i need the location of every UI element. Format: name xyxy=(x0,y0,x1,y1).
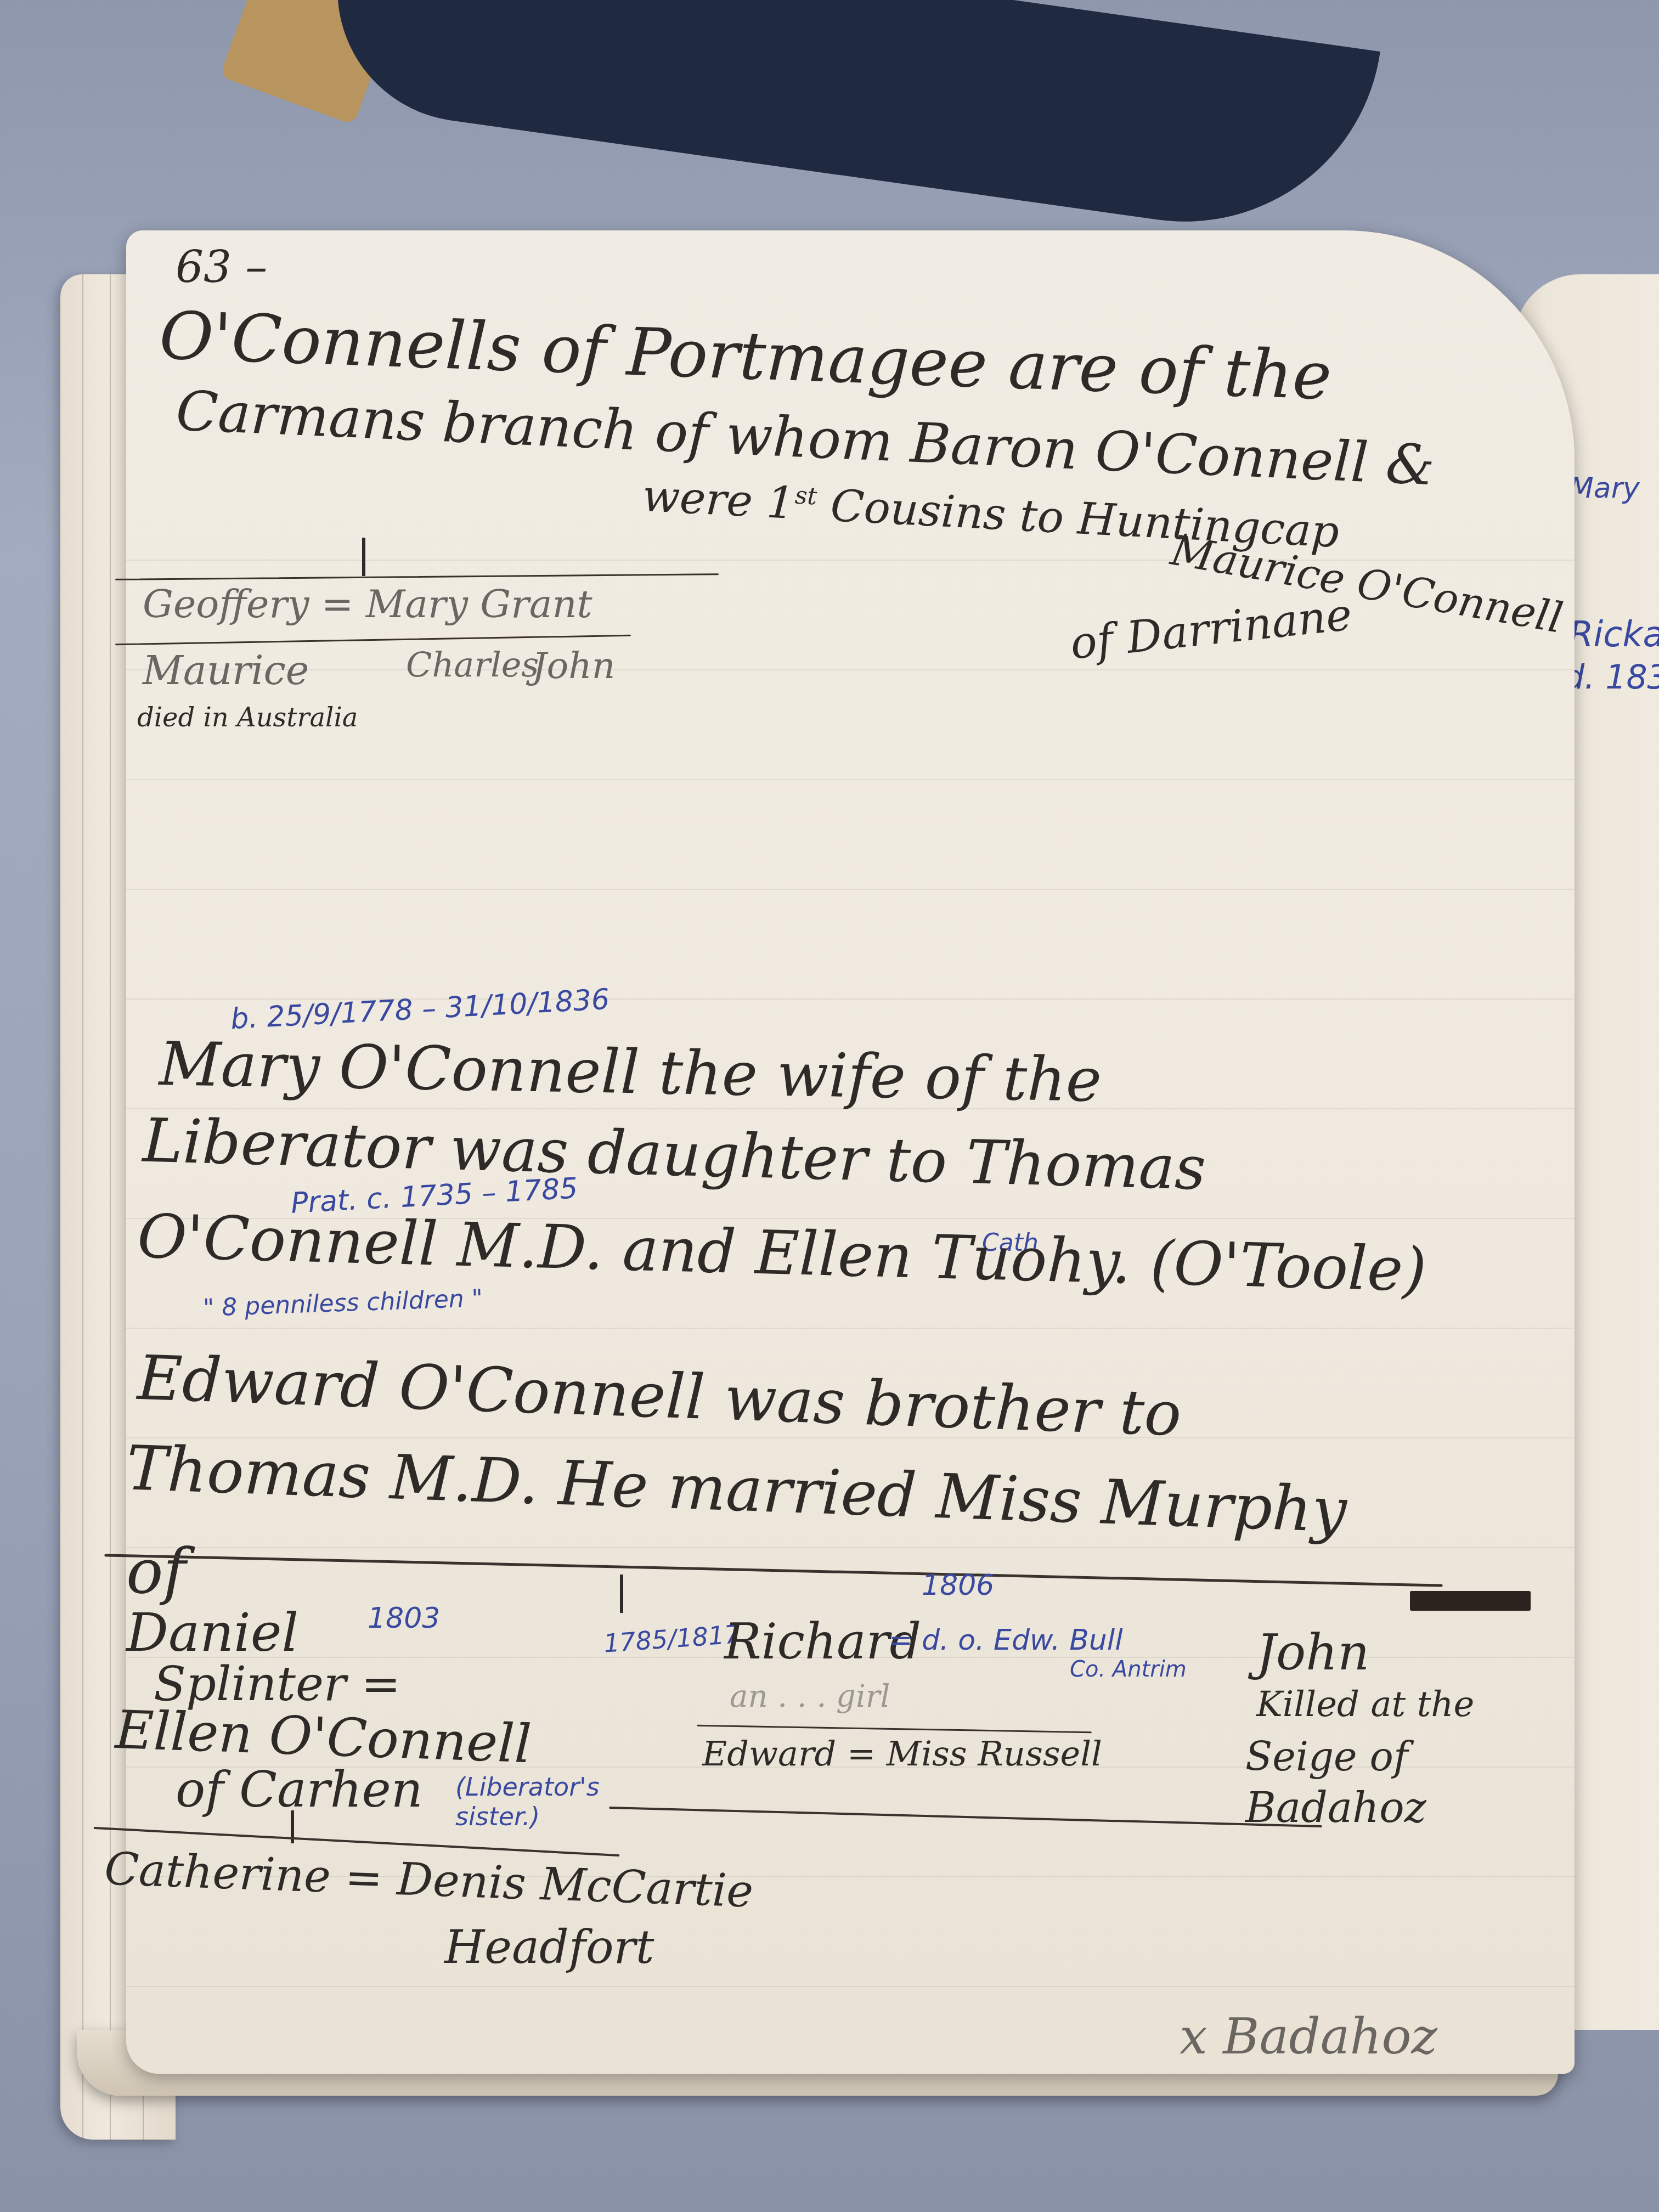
pencil-note-badahoz: x Badahoz xyxy=(1180,2008,1437,2066)
tree2-john-note-3: Badahoz xyxy=(1245,1783,1426,1832)
tree-connector xyxy=(620,1575,623,1613)
paragraph2-line-3: of xyxy=(126,1536,186,1607)
tree2-richard-spouse: = d. o. Edw. Bull xyxy=(889,1624,1123,1657)
tree-line xyxy=(609,1807,1322,1827)
tree2-richard-spouse-place: Co. Antrim xyxy=(1070,1657,1187,1682)
ink-blot xyxy=(1410,1591,1531,1611)
tree2-john-note-2: Seige of xyxy=(1245,1734,1408,1780)
right-page-annotation-mary: Mary xyxy=(1569,472,1640,505)
tree2-catherine: Catherine = Denis McCartie xyxy=(104,1843,754,1917)
tree1-child-charles: Charles xyxy=(406,645,539,685)
annotation-mary-dates: b. 25/9/1778 – 31/10/1836 xyxy=(230,983,611,1036)
tree1-parent: Geoffery = Mary Grant xyxy=(143,582,592,627)
tree2-edward: Edward = Miss Russell xyxy=(702,1734,1102,1774)
paragraph2-line-2: Thomas M.D. He married Miss Murphy xyxy=(125,1432,1347,1547)
tree-connector xyxy=(362,538,365,576)
right-page-annotation-richard: Ricka xyxy=(1569,614,1659,655)
notebook-page: 63 – O'Connells of Portmagee are of the … xyxy=(126,230,1575,2074)
tree2-headfort: Headfort xyxy=(444,1920,654,1974)
tree2-john: John xyxy=(1256,1624,1369,1681)
tree2-daniel-year: 1803 xyxy=(368,1602,440,1635)
tree-line xyxy=(697,1725,1092,1734)
right-page-annotation-date: d. 183 xyxy=(1564,658,1659,697)
paragraph2-line-1: Edward O'Connell was brother to xyxy=(136,1342,1182,1450)
tree2-of-carhen: of Carhen xyxy=(176,1761,423,1819)
tree-line xyxy=(115,573,719,580)
tree1-note: died in Australia xyxy=(137,702,358,733)
tree2-sibling-line xyxy=(104,1554,1442,1587)
tree2-richard-year: 1806 xyxy=(922,1569,994,1602)
tree2-richard-child-faded: an . . . girl xyxy=(730,1679,890,1714)
tree2-richard-dates: 1785/1817 xyxy=(602,1619,741,1658)
tree2-john-note-1: Killed at the xyxy=(1256,1684,1474,1725)
tree2-daniel: Daniel xyxy=(126,1602,298,1663)
heading-line-5: of Darrinane xyxy=(1068,589,1355,669)
tree1-child-maurice: Maurice xyxy=(143,647,309,693)
paragraph1-line-1: Mary O'Connell the wife of the xyxy=(159,1029,1102,1115)
page-number: 63 – xyxy=(176,241,267,292)
tree2-liberators-sister: (Liberator's sister.) xyxy=(455,1772,620,1831)
background-cloth-dark xyxy=(320,0,1380,247)
tree-line xyxy=(115,635,631,645)
tree1-child-john: John xyxy=(532,645,615,687)
annotation-children: " 8 penniless children " xyxy=(202,1284,483,1322)
